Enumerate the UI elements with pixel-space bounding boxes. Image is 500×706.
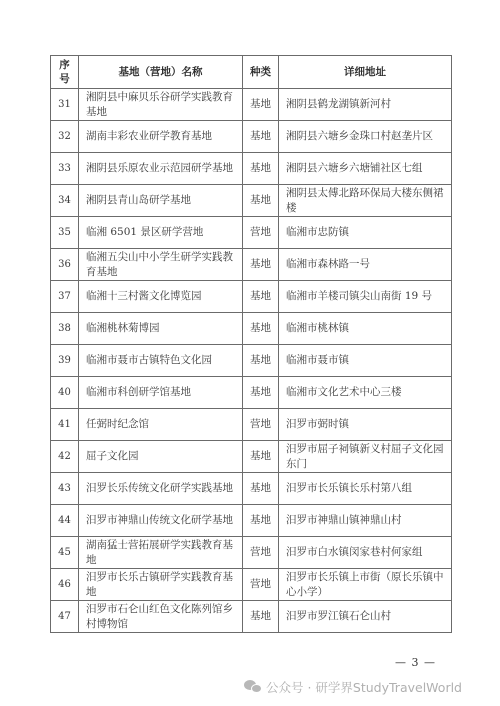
row-serial-no: 36 bbox=[51, 249, 79, 281]
row-name: 临湘十三村酱文化博览园 bbox=[79, 281, 243, 313]
wechat-icon bbox=[244, 680, 262, 694]
row-address: 汨罗市长乐镇长乐村第八组 bbox=[279, 473, 452, 505]
row-address: 湘阴县太傅北路环保局大楼东侧裙楼 bbox=[279, 185, 452, 217]
row-address: 汨罗市白水镇闵家巷村何家组 bbox=[279, 537, 452, 569]
row-serial-no: 33 bbox=[51, 153, 79, 185]
table-row: 46汨罗市长乐古镇研学实践教育基地营地汨罗市长乐镇上市街（原长乐镇中心小学） bbox=[51, 569, 452, 601]
row-serial-no: 43 bbox=[51, 473, 79, 505]
row-type: 基地 bbox=[243, 153, 279, 185]
row-serial-no: 37 bbox=[51, 281, 79, 313]
row-type: 基地 bbox=[243, 505, 279, 537]
row-address: 湘阴县六塘乡六塘铺社区七组 bbox=[279, 153, 452, 185]
table-row: 31湘阴县中麻贝乐谷研学实践教育基地基地湘阴县鹤龙湖镇新河村 bbox=[51, 89, 452, 121]
row-name: 临湘 6501 景区研学营地 bbox=[79, 217, 243, 249]
row-name: 临湘桃林菊博园 bbox=[79, 313, 243, 345]
row-address: 临湘市聂市镇 bbox=[279, 345, 452, 377]
row-serial-no: 41 bbox=[51, 409, 79, 441]
row-serial-no: 34 bbox=[51, 185, 79, 217]
header-serial-no-line1: 序 bbox=[59, 59, 70, 71]
row-type: 基地 bbox=[243, 89, 279, 121]
table-row: 45湖南猛士营拓展研学实践教育基地营地汨罗市白水镇闵家巷村何家组 bbox=[51, 537, 452, 569]
row-serial-no: 47 bbox=[51, 601, 79, 633]
row-type: 基地 bbox=[243, 473, 279, 505]
row-name: 汨罗市石仑山红色文化陈列馆乡村博物馆 bbox=[79, 601, 243, 633]
watermark: 公众号 · 研学界StudyTravelWorld bbox=[244, 677, 462, 697]
table-row: 42屈子文化园基地汨罗市屈子祠镇新义村屈子文化园东门 bbox=[51, 441, 452, 473]
row-name: 屈子文化园 bbox=[79, 441, 243, 473]
header-type: 种类 bbox=[243, 56, 279, 89]
header-serial-no-line2: 号 bbox=[59, 73, 70, 85]
row-name: 临湘市科创研学馆基地 bbox=[79, 377, 243, 409]
row-name: 湘阴县青山岛研学基地 bbox=[79, 185, 243, 217]
table-row: 47汨罗市石仑山红色文化陈列馆乡村博物馆基地汨罗市罗江镇石仑山村 bbox=[51, 601, 452, 633]
table-header-row: 序 号 基地（营地）名称 种类 详细地址 bbox=[51, 56, 452, 89]
page-number: — 3 — bbox=[395, 656, 436, 669]
table-row: 35临湘 6501 景区研学营地营地临湘市忠防镇 bbox=[51, 217, 452, 249]
row-name: 湖南猛士营拓展研学实践教育基地 bbox=[79, 537, 243, 569]
table-row: 40临湘市科创研学馆基地基地临湘市文化艺术中心三楼 bbox=[51, 377, 452, 409]
row-address: 汨罗市神鼎山镇神鼎山村 bbox=[279, 505, 452, 537]
row-serial-no: 35 bbox=[51, 217, 79, 249]
base-list-table: 序 号 基地（营地）名称 种类 详细地址 31湘阴县中麻贝乐谷研学实践教育基地基… bbox=[50, 55, 452, 633]
row-serial-no: 38 bbox=[51, 313, 79, 345]
row-address: 临湘市桃林镇 bbox=[279, 313, 452, 345]
row-serial-no: 31 bbox=[51, 89, 79, 121]
row-type: 营地 bbox=[243, 217, 279, 249]
table-row: 32湖南丰彩农业研学教育基地基地湘阴县六塘乡金珠口村赵垄片区 bbox=[51, 121, 452, 153]
row-address: 湘阴县六塘乡金珠口村赵垄片区 bbox=[279, 121, 452, 153]
table-row: 41任弼时纪念馆营地汨罗市弼时镇 bbox=[51, 409, 452, 441]
row-address: 汨罗市弼时镇 bbox=[279, 409, 452, 441]
row-type: 基地 bbox=[243, 441, 279, 473]
header-address: 详细地址 bbox=[279, 56, 452, 89]
row-address: 汨罗市屈子祠镇新义村屈子文化园东门 bbox=[279, 441, 452, 473]
row-serial-no: 32 bbox=[51, 121, 79, 153]
row-type: 基地 bbox=[243, 281, 279, 313]
row-address: 汨罗市罗江镇石仑山村 bbox=[279, 601, 452, 633]
document-page: 序 号 基地（营地）名称 种类 详细地址 31湘阴县中麻贝乐谷研学实践教育基地基… bbox=[0, 0, 500, 706]
table-row: 39临湘市聂市古镇特色文化园基地临湘市聂市镇 bbox=[51, 345, 452, 377]
row-serial-no: 46 bbox=[51, 569, 79, 601]
row-name: 临湘市聂市古镇特色文化园 bbox=[79, 345, 243, 377]
row-serial-no: 40 bbox=[51, 377, 79, 409]
row-type: 基地 bbox=[243, 601, 279, 633]
row-name: 汨罗长乐传统文化研学实践基地 bbox=[79, 473, 243, 505]
row-address: 临湘市文化艺术中心三楼 bbox=[279, 377, 452, 409]
row-name: 汨罗市神鼎山传统文化研学基地 bbox=[79, 505, 243, 537]
row-serial-no: 45 bbox=[51, 537, 79, 569]
row-address: 汨罗市长乐镇上市街（原长乐镇中心小学） bbox=[279, 569, 452, 601]
row-name: 任弼时纪念馆 bbox=[79, 409, 243, 441]
row-address: 临湘市森林路一号 bbox=[279, 249, 452, 281]
row-address: 湘阴县鹤龙湖镇新河村 bbox=[279, 89, 452, 121]
row-type: 营地 bbox=[243, 537, 279, 569]
table-row: 36临湘五尖山中小学生研学实践教育基地基地临湘市森林路一号 bbox=[51, 249, 452, 281]
table-row: 44汨罗市神鼎山传统文化研学基地基地汨罗市神鼎山镇神鼎山村 bbox=[51, 505, 452, 537]
row-name: 汨罗市长乐古镇研学实践教育基地 bbox=[79, 569, 243, 601]
row-address: 临湘市忠防镇 bbox=[279, 217, 452, 249]
table-row: 34湘阴县青山岛研学基地基地湘阴县太傅北路环保局大楼东侧裙楼 bbox=[51, 185, 452, 217]
header-serial-no: 序 号 bbox=[51, 56, 79, 89]
table-row: 43汨罗长乐传统文化研学实践基地基地汨罗市长乐镇长乐村第八组 bbox=[51, 473, 452, 505]
row-name: 湘阴县乐原农业示范园研学基地 bbox=[79, 153, 243, 185]
table-row: 33湘阴县乐原农业示范园研学基地基地湘阴县六塘乡六塘铺社区七组 bbox=[51, 153, 452, 185]
row-serial-no: 44 bbox=[51, 505, 79, 537]
row-serial-no: 39 bbox=[51, 345, 79, 377]
row-type: 基地 bbox=[243, 313, 279, 345]
header-name: 基地（营地）名称 bbox=[79, 56, 243, 89]
row-address: 临湘市羊楼司镇尖山南街 19 号 bbox=[279, 281, 452, 313]
row-type: 营地 bbox=[243, 409, 279, 441]
table-row: 37临湘十三村酱文化博览园基地临湘市羊楼司镇尖山南街 19 号 bbox=[51, 281, 452, 313]
row-type: 基地 bbox=[243, 185, 279, 217]
row-type: 基地 bbox=[243, 377, 279, 409]
row-type: 营地 bbox=[243, 569, 279, 601]
table-row: 38临湘桃林菊博园基地临湘市桃林镇 bbox=[51, 313, 452, 345]
row-serial-no: 42 bbox=[51, 441, 79, 473]
row-type: 基地 bbox=[243, 121, 279, 153]
row-name: 湘阴县中麻贝乐谷研学实践教育基地 bbox=[79, 89, 243, 121]
watermark-text: 公众号 · 研学界StudyTravelWorld bbox=[266, 678, 462, 696]
row-name: 临湘五尖山中小学生研学实践教育基地 bbox=[79, 249, 243, 281]
row-type: 基地 bbox=[243, 249, 279, 281]
row-name: 湖南丰彩农业研学教育基地 bbox=[79, 121, 243, 153]
row-type: 基地 bbox=[243, 345, 279, 377]
